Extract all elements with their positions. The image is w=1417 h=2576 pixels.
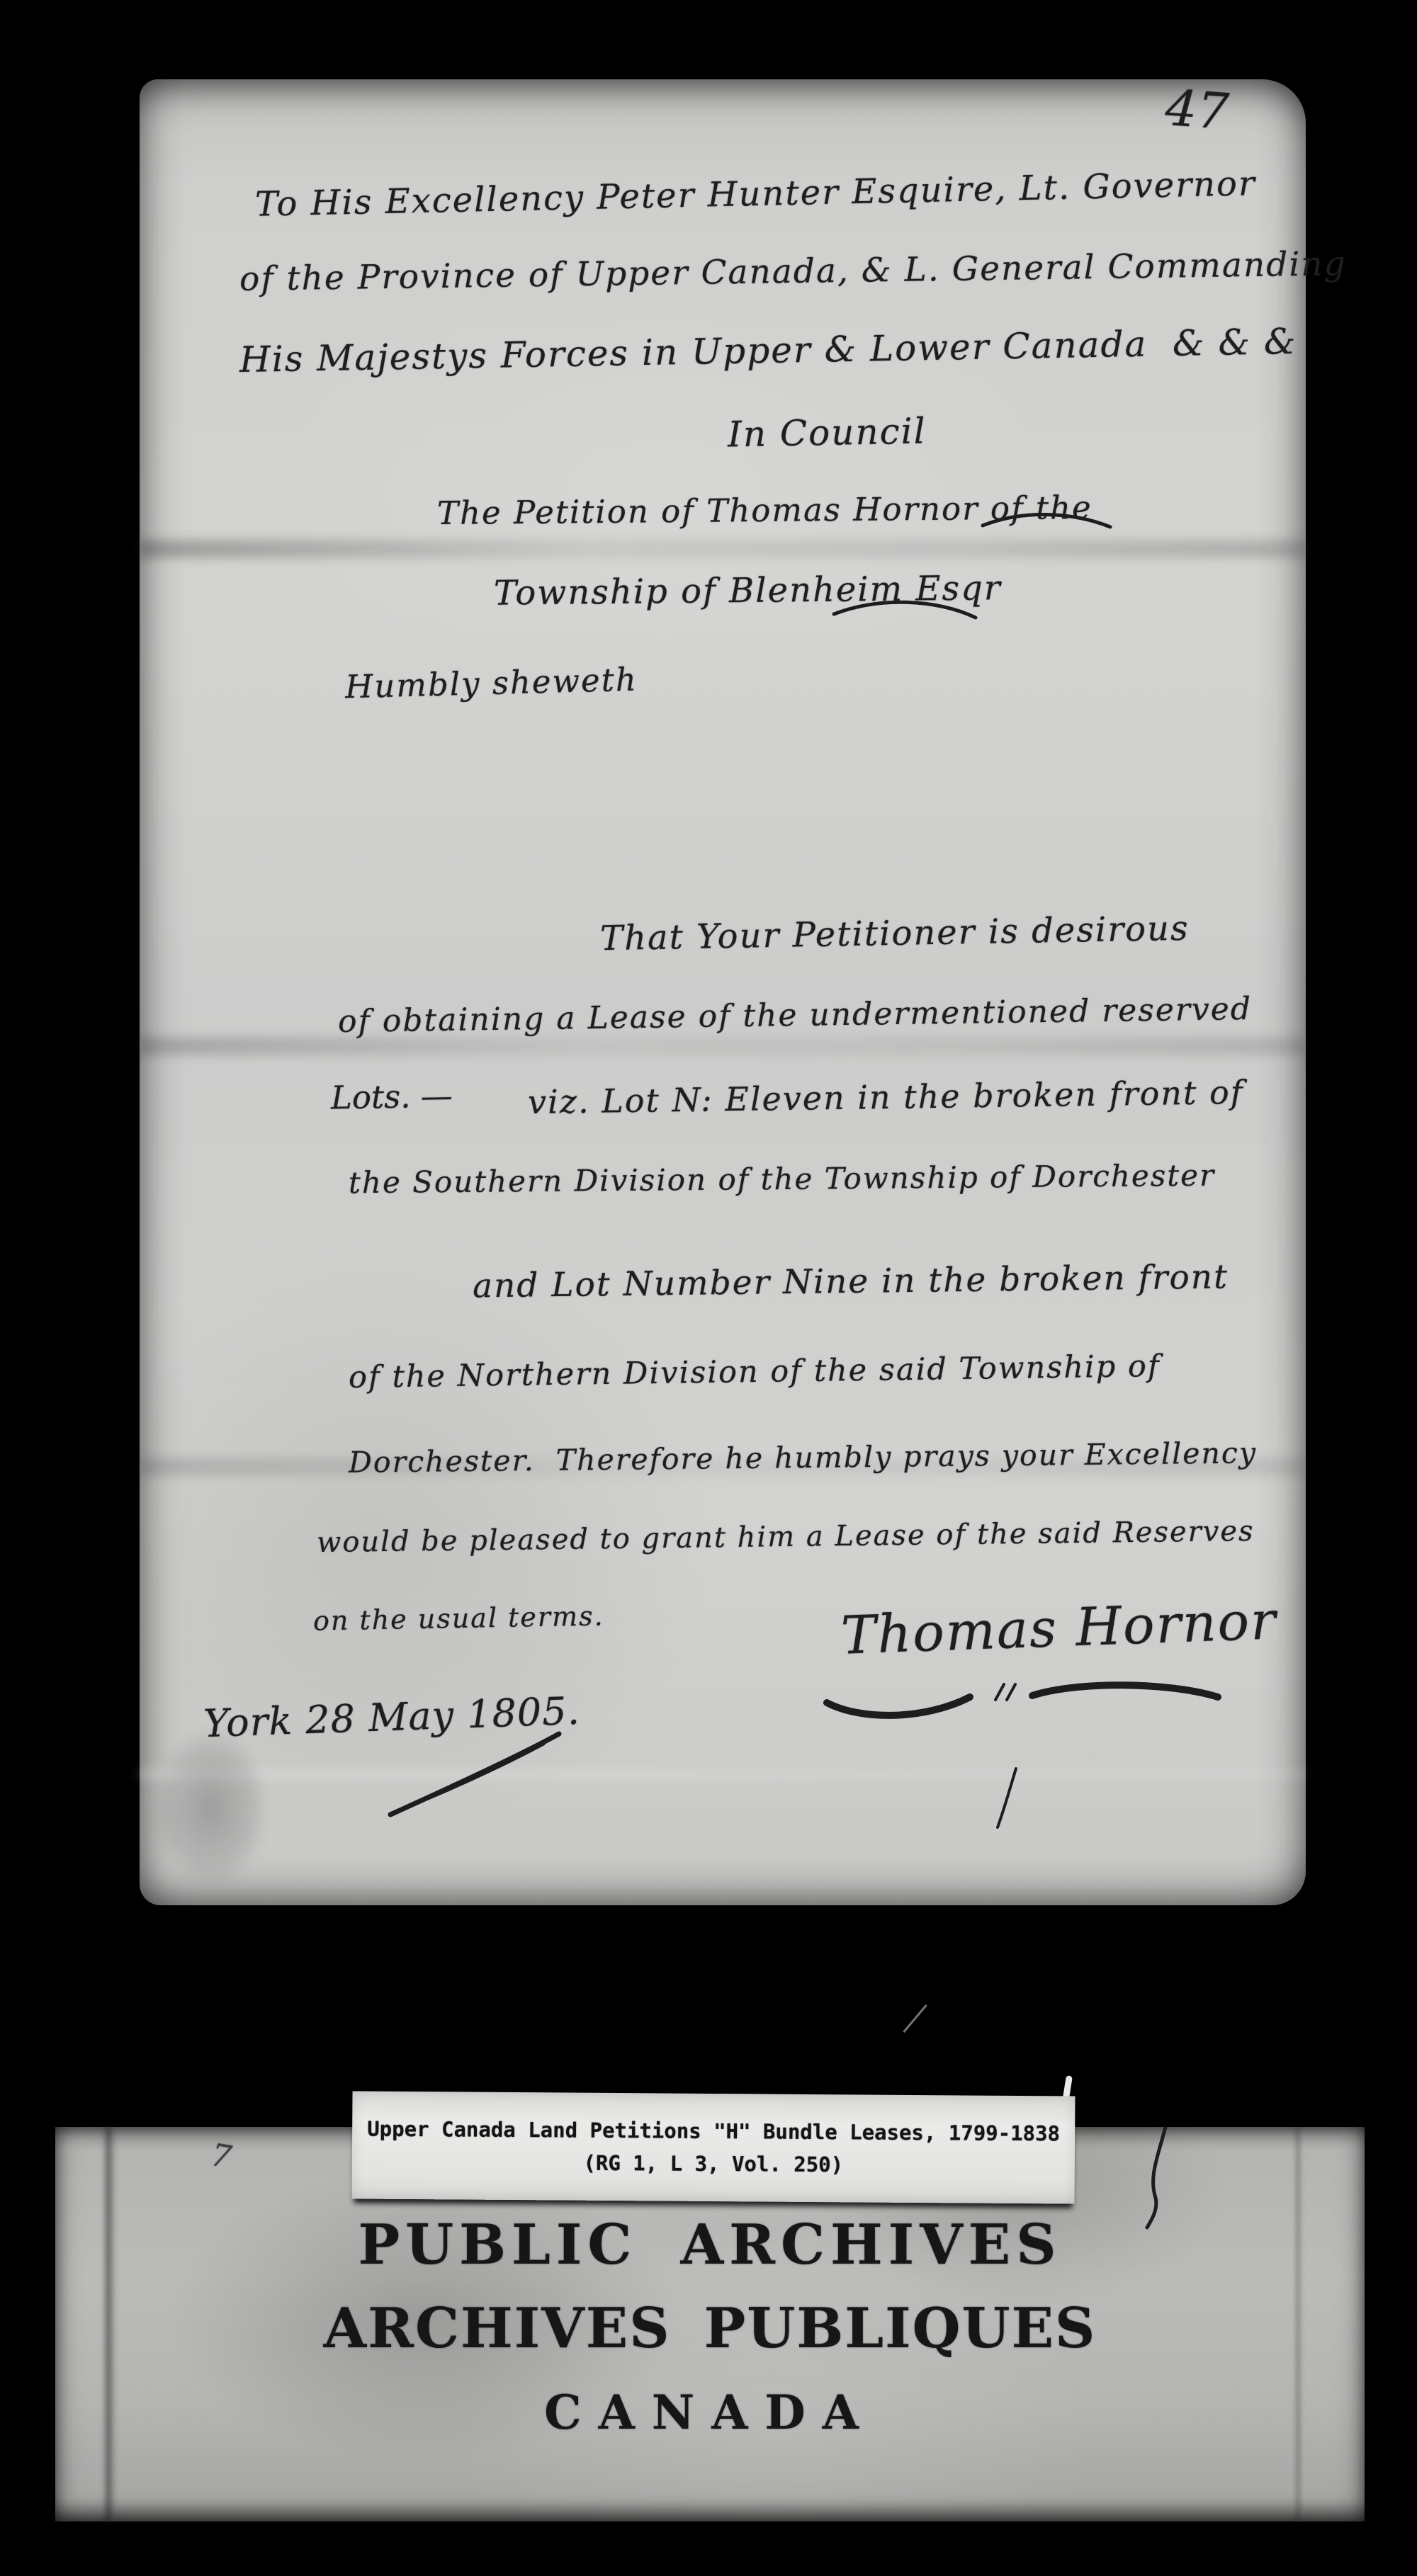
signature-flourish — [820, 1674, 1231, 1724]
fold-crease-2 — [140, 1037, 1306, 1055]
petition-line-salutation-1: To His Excellency Peter Hunter Esquire, … — [255, 166, 1257, 222]
scan-background: 47 To His Excellency Peter Hunter Esquir… — [0, 0, 1417, 2576]
petition-line-that-your: That Your Petitioner is desirous — [600, 912, 1190, 956]
petition-line-southern-division: the Southern Division of the Township of… — [349, 1161, 1215, 1198]
dateline-flourish — [380, 1730, 572, 1822]
petition-line-viz-lot-eleven: viz. Lot N: Eleven in the broken front o… — [528, 1076, 1244, 1118]
signature-thomas-hornor: Thomas Hornor — [840, 1594, 1278, 1662]
reference-label: Upper Canada Land Petitions "H" Bundle L… — [351, 2091, 1075, 2203]
page-number: 47 — [1164, 83, 1231, 137]
reference-label-line-2: (RG 1, L 3, Vol. 250) — [352, 2145, 1075, 2182]
stamp-canada: CANADA — [55, 2389, 1365, 2436]
petition-line-salutation-2: of the Province of Upper Canada, & L. Ge… — [239, 247, 1347, 296]
line-end-swash-2 — [830, 589, 979, 628]
petition-line-would-be-pleased: would be pleased to grant him a Lease of… — [317, 1517, 1255, 1557]
petition-line-in-council: In Council — [728, 414, 927, 453]
stray-pen-mark — [993, 1765, 1022, 1832]
petition-line-lot-number-nine: and Lot Number Nine in the broken front — [473, 1260, 1229, 1303]
line-end-swash-1 — [979, 504, 1114, 536]
fold-crease-4 — [140, 1769, 1306, 1779]
reference-label-line-1: Upper Canada Land Petitions "H" Bundle L… — [352, 2112, 1075, 2150]
petition-line-usual-terms: on the usual terms. — [313, 1602, 604, 1634]
petition-line-lots: Lots. — — [331, 1080, 453, 1114]
card-corner-mark: 7 — [208, 2140, 233, 2174]
petition-line-obtaining: of obtaining a Lease of the undermention… — [338, 994, 1252, 1038]
petition-line-salutation-3: His Majestys Forces in Upper & Lower Can… — [239, 324, 1297, 378]
paper-smudge — [132, 1701, 288, 1914]
film-scratch — [903, 2004, 927, 2033]
petition-line-humbly-sheweth: Humbly sheweth — [344, 664, 638, 703]
petition-line-northern-division: of the Northern Division of the said Tow… — [349, 1351, 1161, 1393]
stamp-archives-publiques: ARCHIVES PUBLIQUES — [55, 2301, 1365, 2356]
stamp-public-archives: PUBLIC ARCHIVES — [55, 2218, 1365, 2273]
petition-page: 47 To His Excellency Peter Hunter Esquir… — [140, 79, 1306, 1905]
fold-crease-1 — [140, 540, 1306, 558]
card-crack-mark — [1136, 2127, 1178, 2230]
